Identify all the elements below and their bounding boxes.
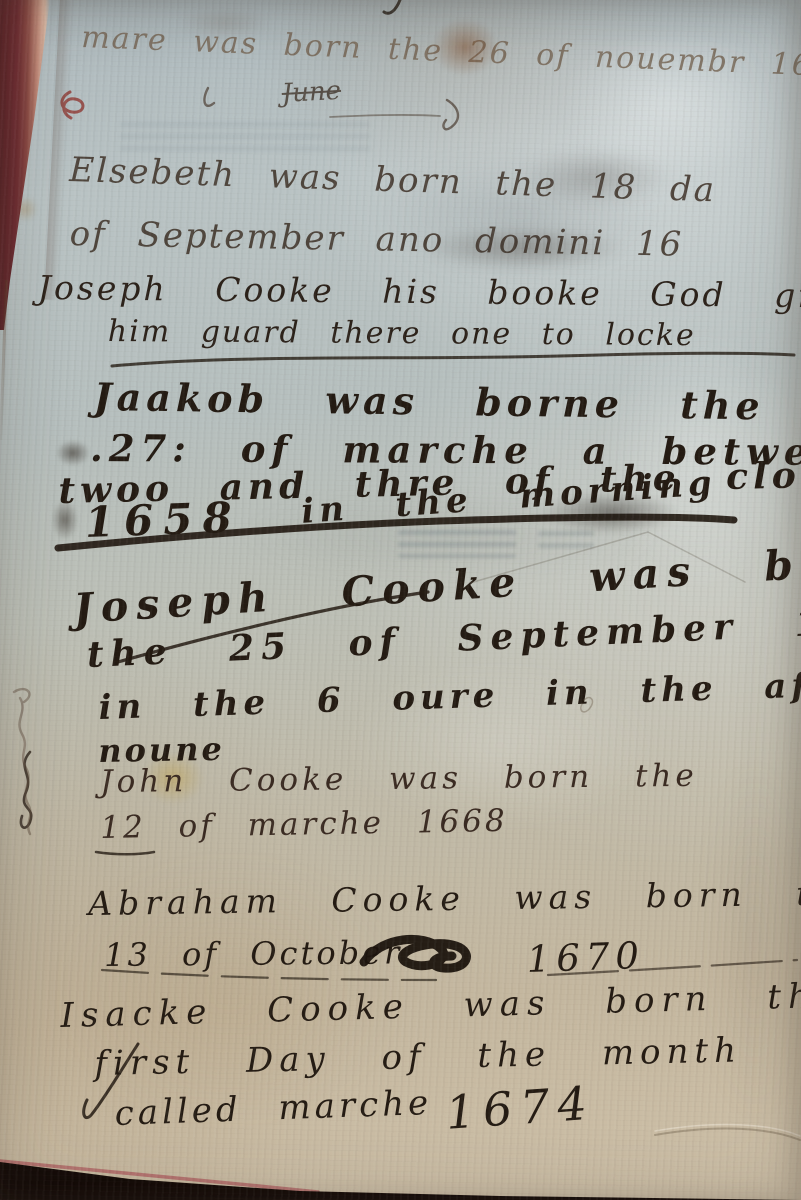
bottom-wrinkle-highlight: [655, 1125, 800, 1136]
cutoff-descender-stroke: [384, 0, 400, 13]
bleed-through-print: [398, 530, 516, 558]
entry-abraham-year: 1670: [526, 934, 646, 981]
june-dash: [330, 115, 440, 117]
entry-joseph-line3: in the 6 oure in the after: [98, 663, 801, 728]
ownership-line2: him guard there one to locke: [108, 314, 696, 353]
margin-vertical-inscription: [14, 689, 30, 834]
entry-abraham-line2: 13 of October: [104, 933, 402, 974]
entry-june-note: June: [281, 76, 342, 109]
entry-isacke-line3: called marche: [114, 1083, 433, 1134]
entry-jacob-year: 1658: [84, 493, 243, 547]
entry-mary-line: mare was born the 26 of nouembr 1621: [81, 20, 801, 85]
margin-flourish: [21, 752, 31, 828]
entry-isacke-year: 1674: [444, 1076, 596, 1140]
entry-isacke-line2: first Day of the month: [94, 1030, 742, 1084]
manuscript-page-photo: mare was born the 26 of nouembr 1621 Jun…: [0, 0, 801, 1200]
entry-jacob-line1: Jaakob was borne the: [93, 374, 765, 428]
entry-abraham-line1: Abraham Cooke was born the: [88, 873, 801, 923]
entry-elsebeth-line2: of September ano domini 16: [69, 214, 683, 265]
ownership-underline: [112, 353, 794, 366]
ink-blot: [56, 440, 90, 466]
entry-isacke-line1: Isacke Cooke was born the: [60, 975, 801, 1036]
bottom-wrinkle: [655, 1129, 800, 1140]
june-j-flourish: [204, 88, 214, 106]
bottom-shadow: [0, 1154, 801, 1200]
entry-elsebeth-line1: Elsebeth was born the 18 da: [69, 150, 717, 210]
entry-john-line1: John Cooke was born the: [100, 758, 698, 800]
bleed-through-print: [538, 531, 594, 549]
entry-john-line2: 12 of marche 1668: [100, 803, 508, 846]
june-s-flourish: [443, 100, 457, 129]
ownership-line1: Joseph Cooke his booke God give: [38, 268, 801, 316]
twelve-underline: [96, 852, 154, 854]
